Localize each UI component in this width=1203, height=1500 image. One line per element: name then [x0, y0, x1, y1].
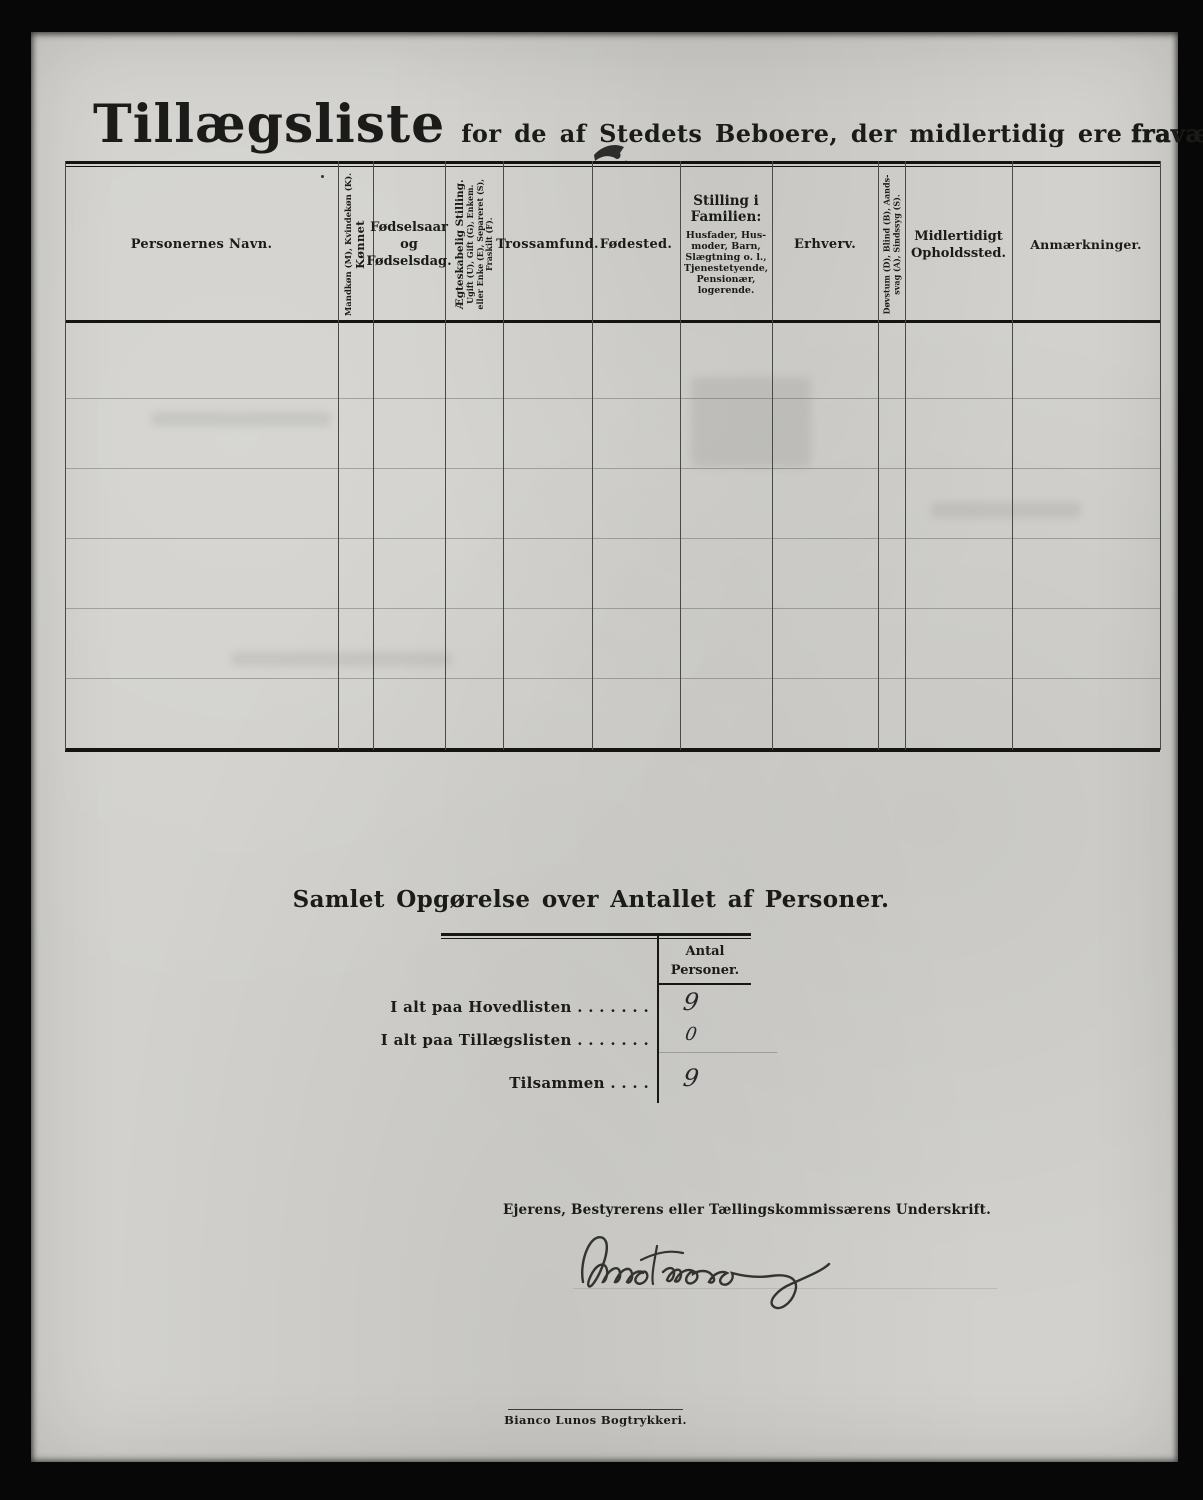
form-title: Tillægsliste for de af Stedets Beboere, … [93, 94, 1203, 155]
column-header-birthdate-line1: Fødselsaar [366, 219, 451, 236]
bleed-through-smear [691, 377, 811, 467]
form-title-emphasis: fraværende. [1131, 119, 1203, 148]
column-header-name-label: Personernes Navn. [131, 237, 273, 252]
table-row-line [65, 678, 1160, 679]
column-header-family-title1: Stilling i [691, 193, 762, 209]
column-header-temporary-residence: Midlertidigt Opholdssted. [905, 169, 1012, 320]
summary-top-rule-thin [441, 938, 751, 939]
summary-heading: Samlet Opgørelse over Antallet af Person… [211, 886, 971, 913]
table-row-line [65, 398, 1160, 399]
column-header-birthplace: Fødested. [592, 169, 680, 320]
summary-count-header: Antal Personer. [659, 942, 751, 980]
summary-count-header-line1: Antal [659, 942, 751, 961]
bleed-through-smear [931, 502, 1081, 518]
column-header-family-title2: Familien: [691, 209, 762, 225]
column-header-family-sub4: Tjenestetyende, [684, 263, 768, 274]
table-row-line [65, 538, 1160, 539]
table-top-rule-heavy [65, 161, 1160, 164]
column-header-birthplace-label: Fødested. [600, 237, 672, 252]
summary-supplement-label: I alt paa Tillægslisten . . . . . . . [331, 1031, 649, 1049]
printer-credit: Bianco Lunos Bogtrykkeri. [478, 1413, 713, 1427]
column-header-marital-sub1: Ugift (U), Gift (G), Enkem. [466, 185, 476, 304]
census-supplement-form-page: Tillægsliste for de af Stedets Beboere, … [31, 32, 1178, 1462]
summary-mainlist-label: I alt paa Hovedlisten . . . . . . . [331, 998, 649, 1016]
column-header-remarks: Anmærkninger. [1012, 169, 1160, 320]
column-header-sex-title: Kønnet [354, 220, 367, 269]
column-header-marital-rotated: Ægteskabelig Stilling. Ugift (U), Gift (… [454, 179, 495, 310]
column-divider [1160, 161, 1161, 750]
summary-count-header-underline [657, 983, 751, 985]
column-header-name: Personernes Navn. [65, 169, 338, 320]
column-header-family-sub5: Pensionær, [684, 274, 768, 285]
column-header-disability-line2: svag (A), Sindssyg (S). [892, 194, 902, 294]
summary-top-rule-heavy [441, 933, 751, 936]
column-header-residence-line1: Midlertidigt [911, 228, 1006, 245]
bleed-through-smear [231, 652, 451, 666]
column-header-birthdate-line3: Fødselsdag. [366, 253, 451, 270]
column-header-remarks-label: Anmærkninger. [1030, 237, 1141, 252]
column-header-occupation: Erhverv. [772, 169, 878, 320]
column-header-birthdate: Fødselsaar og Fødselsdag. [373, 169, 445, 320]
summary-total-value: 9 [659, 1064, 723, 1092]
column-header-family-sub2: moder, Barn, [684, 241, 768, 252]
column-header-marital-title: Ægteskabelig Stilling. [454, 180, 466, 310]
column-header-birthdate-line2: og [366, 236, 451, 253]
printer-rule [508, 1409, 683, 1410]
column-header-family-sub6: logerende. [684, 285, 768, 296]
summary-supplement-value: 0 [660, 1024, 723, 1045]
column-header-faith-label: Trossamfund. [496, 237, 599, 252]
summary-subtotal-rule [657, 1052, 777, 1053]
column-header-disability-rotated: Døvstum (D), Blind (B), Aands- svag (A),… [882, 175, 901, 315]
bleed-through-smear [151, 412, 331, 426]
column-header-disability: Døvstum (D), Blind (B), Aands- svag (A),… [878, 169, 905, 320]
column-header-residence-line2: Opholdssted. [911, 245, 1006, 262]
table-bottom-rule [65, 748, 1160, 752]
column-header-marital: Ægteskabelig Stilling. Ugift (U), Gift (… [445, 169, 503, 320]
column-header-family-sub1: Husfader, Hus- [684, 230, 768, 241]
summary-mainlist-value: 9 [659, 988, 723, 1016]
column-header-sex-rotated: Mandkøn (M), Kvindekøn (K). Kønnet [344, 173, 367, 316]
scan-background: Tillægsliste for de af Stedets Beboere, … [0, 0, 1203, 1500]
column-header-occupation-label: Erhverv. [794, 237, 856, 252]
column-header-family-sub3: Slægtning o. l., [684, 252, 768, 263]
column-header-marital-sub3: Fraskilt (F). [485, 218, 495, 272]
column-header-family-position: Stilling i Familien: Husfader, Hus- mode… [680, 169, 772, 320]
column-header-disability-line1: Døvstum (D), Blind (B), Aands- [882, 175, 892, 315]
signature-caption: Ejerens, Bestyrerens eller Tællingskommi… [457, 1202, 1037, 1218]
summary-total-label: Tilsammen . . . . [331, 1074, 649, 1092]
summary-count-header-line2: Personer. [659, 961, 751, 980]
form-title-main: Tillægsliste [93, 94, 445, 155]
table-top-rule-thin [65, 166, 1160, 167]
table-row-line [65, 608, 1160, 609]
form-title-rest: for de af Stedets Beboere, der midlertid… [461, 119, 1122, 148]
table-row-line [65, 468, 1160, 469]
table-header-bottom-rule [65, 320, 1160, 323]
column-header-faith: Trossamfund. [503, 169, 592, 320]
